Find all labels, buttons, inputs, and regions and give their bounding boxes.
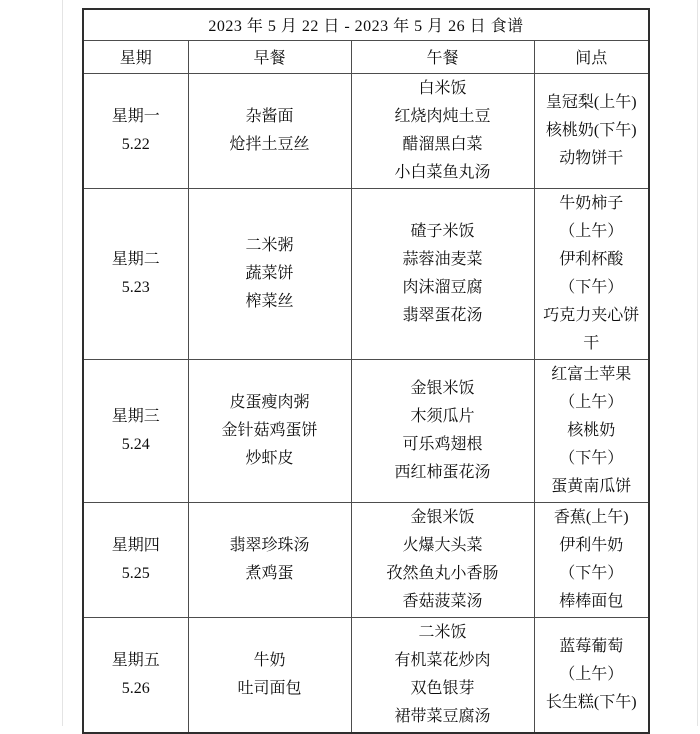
lunch-cell: 白米饭红烧肉炖土豆醋溜黑白菜小白菜鱼丸汤 [351,73,534,188]
menu-item-line: 白米饭 [354,75,532,103]
day-cell: 星期三 5.24 [83,359,188,502]
menu-item-line: 皇冠梨(上午) [537,89,647,117]
menu-item-line: 二米粥 [191,232,349,260]
menu-item-line: 伊利牛奶 [537,532,647,560]
table-row: 星期三 5.24 皮蛋瘦肉粥金针菇鸡蛋饼炒虾皮 金银米饭木须瓜片可乐鸡翅根西红柿… [83,359,649,502]
snack-cell: 红富士苹果（上午）核桃奶（下午）蛋黄南瓜饼 [534,359,649,502]
day-cell: 星期五 5.26 [83,617,188,733]
breakfast-cell: 二米粥蔬菜饼榨菜丝 [188,188,351,359]
menu-item-line: 香蕉(上午) [537,504,647,532]
menu-item-line: 小白菜鱼丸汤 [354,159,532,187]
breakfast-cell: 翡翠珍珠汤煮鸡蛋 [188,502,351,617]
menu-item-line: 红烧肉炖土豆 [354,103,532,131]
menu-item-line: 吐司面包 [191,675,349,703]
menu-table-body: 星期一 5.22 杂酱面炝拌土豆丝 白米饭红烧肉炖土豆醋溜黑白菜小白菜鱼丸汤 皇… [83,73,649,733]
menu-item-line: 牛奶柿子 [537,190,647,218]
menu-item-line: 蓝莓葡萄 [537,633,647,661]
menu-item-line: 动物饼干 [537,145,647,173]
menu-item-line: 蔬菜饼 [191,260,349,288]
menu-item-line: （上午） [537,661,647,689]
menu-item-line: 干 [537,330,647,358]
menu-item-line: 肉沫溜豆腐 [354,274,532,302]
menu-item-line: 蒜蓉油麦菜 [354,246,532,274]
menu-item-line: 裙带菜豆腐汤 [354,703,532,731]
menu-item-line: 火爆大头菜 [354,532,532,560]
menu-item-line: 红富士苹果 [537,361,647,389]
menu-item-line: （上午） [537,218,647,246]
menu-item-line: 碴子米饭 [354,218,532,246]
header-row: 星期 早餐 午餐 间点 [83,40,649,73]
snack-cell: 蓝莓葡萄（上午）长生糕(下午) [534,617,649,733]
menu-item-line: 金银米饭 [354,504,532,532]
menu-item-line: 牛奶 [191,647,349,675]
column-header-day: 星期 [83,40,188,73]
date-label: 5.25 [86,560,186,588]
menu-item-line: 核桃奶(下午) [537,117,647,145]
menu-item-line: 香菇菠菜汤 [354,588,532,616]
menu-item-line: 二米饭 [354,619,532,647]
date-label: 5.23 [86,274,186,302]
menu-item-line: 长生糕(下午) [537,689,647,717]
menu-item-line: 醋溜黑白菜 [354,131,532,159]
menu-item-line: 皮蛋瘦肉粥 [191,389,349,417]
day-label: 星期四 [86,532,186,560]
menu-item-line: 西红柿蛋花汤 [354,459,532,487]
day-label: 星期二 [86,246,186,274]
title-row: 2023 年 5 月 22 日 - 2023 年 5 月 26 日 食谱 [83,9,649,40]
snack-cell: 牛奶柿子（上午）伊利杯酸（下午）巧克力夹心饼干 [534,188,649,359]
table-row: 星期二 5.23 二米粥蔬菜饼榨菜丝 碴子米饭蒜蓉油麦菜肉沫溜豆腐翡翠蛋花汤 牛… [83,188,649,359]
day-label: 星期一 [86,103,186,131]
lunch-cell: 金银米饭火爆大头菜孜然鱼丸小香肠香菇菠菜汤 [351,502,534,617]
day-label: 星期五 [86,647,186,675]
menu-item-line: 棒棒面包 [537,588,647,616]
menu-item-line: 孜然鱼丸小香肠 [354,560,532,588]
menu-item-line: 煮鸡蛋 [191,560,349,588]
menu-table: 2023 年 5 月 22 日 - 2023 年 5 月 26 日 食谱 星期 … [82,8,650,734]
menu-item-line: 巧克力夹心饼 [537,302,647,330]
menu-item-line: （下午） [537,445,647,473]
table-row: 星期一 5.22 杂酱面炝拌土豆丝 白米饭红烧肉炖土豆醋溜黑白菜小白菜鱼丸汤 皇… [83,73,649,188]
menu-item-line: 双色银芽 [354,675,532,703]
date-label: 5.22 [86,131,186,159]
day-cell: 星期四 5.25 [83,502,188,617]
menu-item-line: 金银米饭 [354,375,532,403]
breakfast-cell: 皮蛋瘦肉粥金针菇鸡蛋饼炒虾皮 [188,359,351,502]
table-title: 2023 年 5 月 22 日 - 2023 年 5 月 26 日 食谱 [83,9,649,40]
breakfast-cell: 杂酱面炝拌土豆丝 [188,73,351,188]
menu-item-line: 金针菇鸡蛋饼 [191,417,349,445]
breakfast-cell: 牛奶吐司面包 [188,617,351,733]
menu-item-line: 蛋黄南瓜饼 [537,473,647,501]
date-label: 5.24 [86,431,186,459]
lunch-cell: 二米饭有机菜花炒肉双色银芽裙带菜豆腐汤 [351,617,534,733]
day-label: 星期三 [86,403,186,431]
menu-item-line: 炒虾皮 [191,445,349,473]
lunch-cell: 碴子米饭蒜蓉油麦菜肉沫溜豆腐翡翠蛋花汤 [351,188,534,359]
table-row: 星期五 5.26 牛奶吐司面包 二米饭有机菜花炒肉双色银芽裙带菜豆腐汤 蓝莓葡萄… [83,617,649,733]
day-cell: 星期二 5.23 [83,188,188,359]
menu-item-line: 核桃奶 [537,417,647,445]
date-label: 5.26 [86,675,186,703]
column-header-breakfast: 早餐 [188,40,351,73]
snack-cell: 皇冠梨(上午)核桃奶(下午)动物饼干 [534,73,649,188]
menu-item-line: 可乐鸡翅根 [354,431,532,459]
table-row: 星期四 5.25 翡翠珍珠汤煮鸡蛋 金银米饭火爆大头菜孜然鱼丸小香肠香菇菠菜汤 … [83,502,649,617]
menu-item-line: 伊利杯酸 [537,246,647,274]
menu-item-line: （下午） [537,560,647,588]
menu-item-line: （上午） [537,389,647,417]
menu-item-line: 炝拌土豆丝 [191,131,349,159]
menu-item-line: 翡翠蛋花汤 [354,302,532,330]
document-page: 2023 年 5 月 22 日 - 2023 年 5 月 26 日 食谱 星期 … [62,0,698,726]
column-header-snack: 间点 [534,40,649,73]
menu-item-line: 翡翠珍珠汤 [191,532,349,560]
day-cell: 星期一 5.22 [83,73,188,188]
snack-cell: 香蕉(上午)伊利牛奶（下午）棒棒面包 [534,502,649,617]
lunch-cell: 金银米饭木须瓜片可乐鸡翅根西红柿蛋花汤 [351,359,534,502]
menu-item-line: 杂酱面 [191,103,349,131]
menu-item-line: （下午） [537,274,647,302]
menu-item-line: 榨菜丝 [191,288,349,316]
column-header-lunch: 午餐 [351,40,534,73]
menu-item-line: 有机菜花炒肉 [354,647,532,675]
menu-item-line: 木须瓜片 [354,403,532,431]
